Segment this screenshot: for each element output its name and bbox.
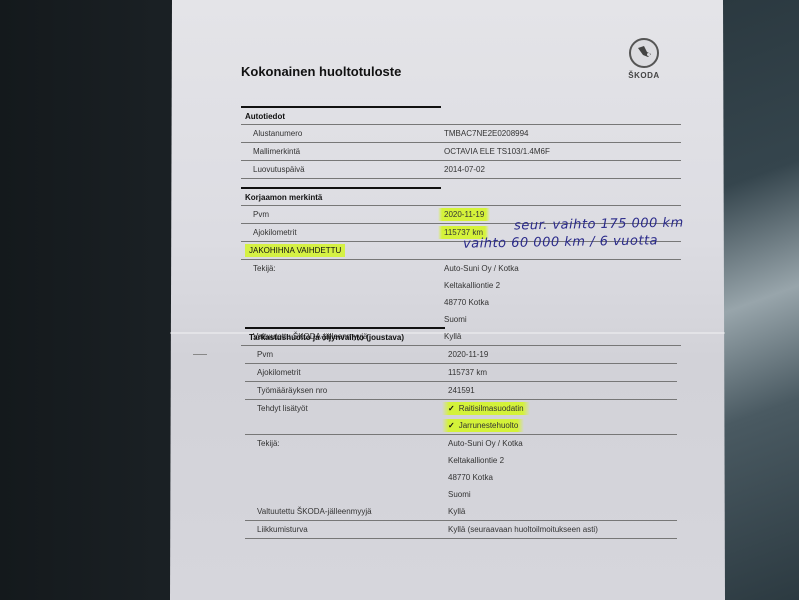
table-row: 48770 Kotka <box>245 469 677 486</box>
vehicle-info-section: Autotiedot Alustanumero TMBAC7NE2E020899… <box>241 106 681 179</box>
row-value: 48770 Kotka <box>441 298 681 307</box>
row-value: 2014-07-02 <box>441 165 681 174</box>
document-title: Kokonainen huoltotuloste <box>241 64 401 79</box>
row-value: 241591 <box>445 386 677 395</box>
row-label: Pvm <box>241 210 441 219</box>
fold-mark <box>193 354 207 355</box>
row-value: 2020-11-19 <box>445 350 677 359</box>
highlighted-date: 2020-11-19 <box>438 208 490 221</box>
table-row: Mallimerkintä OCTAVIA ELE TS103/1.4M6F <box>241 142 681 160</box>
section-heading: Korjaamon merkintä <box>241 189 681 205</box>
row-label: Liikkumisturva <box>245 525 445 534</box>
checkmark-icon: ✓ <box>448 404 455 413</box>
row-value: OCTAVIA ELE TS103/1.4M6F <box>441 147 681 156</box>
table-row: ✓Jarrunestehuolto <box>245 417 677 434</box>
row-label: Tekijä: <box>241 264 441 273</box>
table-row: Työmääräyksen nro 241591 <box>245 381 677 399</box>
row-value: Keltakalliontie 2 <box>445 456 677 465</box>
table-row: Liikkumisturva Kyllä (seuraavaan huoltoi… <box>245 520 677 539</box>
table-row: Keltakalliontie 2 <box>241 277 681 294</box>
row-label: Luovutuspäivä <box>241 165 441 174</box>
row-label: Ajokilometrit <box>245 368 445 377</box>
row-label: Mallimerkintä <box>241 147 441 156</box>
row-value: 115737 km <box>445 368 677 377</box>
table-row: Alustanumero TMBAC7NE2E0208994 <box>241 124 681 142</box>
timing-belt-note: JAKOHIHNA VAIHDETTU <box>245 244 345 257</box>
row-label: Tehdyt lisätyöt <box>245 404 445 413</box>
table-row: Suomi <box>245 486 677 503</box>
table-row: 48770 Kotka <box>241 294 681 311</box>
row-value: Auto-Suni Oy / Kotka <box>441 264 681 273</box>
row-label: Ajokilometrit <box>241 228 441 237</box>
skoda-arrow-logo-icon <box>629 38 659 68</box>
workshop-entry-section: Korjaamon merkintä Pvm 2020-11-19 Ajokil… <box>241 187 681 346</box>
brand-logo: ŠKODA <box>625 38 663 80</box>
row-label: Valtuutettu ŠKODA-jälleenmyyjä <box>245 507 445 516</box>
table-row: Ajokilometrit 115737 km <box>245 363 677 381</box>
table-row: Tekijä: Auto-Suni Oy / Kotka <box>241 259 681 277</box>
row-label: Pvm <box>245 350 445 359</box>
row-value: Suomi <box>441 315 681 324</box>
table-row: Valtuutettu ŠKODA-jälleenmyyjä Kyllä <box>245 503 677 520</box>
row-label: Tekijä: <box>245 439 445 448</box>
extra-work-item: ✓Jarrunestehuolto <box>442 419 524 432</box>
row-value: TMBAC7NE2E0208994 <box>441 129 681 138</box>
inspection-service-section: Tarkastushuolto ja öljynvaihto (joustava… <box>245 327 677 539</box>
row-label: Työmääräyksen nro <box>245 386 445 395</box>
table-row: Luovutuspäivä 2014-07-02 <box>241 160 681 179</box>
row-value: Auto-Suni Oy / Kotka <box>445 439 677 448</box>
row-label: Alustanumero <box>241 129 441 138</box>
table-row: Keltakalliontie 2 <box>245 452 677 469</box>
row-value: 48770 Kotka <box>445 473 677 482</box>
row-value: Keltakalliontie 2 <box>441 281 681 290</box>
table-row: Suomi <box>241 311 681 328</box>
brand-name: ŠKODA <box>625 71 663 80</box>
handwritten-next-change: seur. vaihto 175 000 km <box>514 216 684 234</box>
row-value: Suomi <box>445 490 677 499</box>
table-row: Tehdyt lisätyöt ✓Raitisilmasuodatin <box>245 399 677 417</box>
checkmark-icon: ✓ <box>448 421 455 430</box>
section-heading: Autotiedot <box>241 108 681 124</box>
row-value: Kyllä <box>445 507 677 516</box>
background-right <box>720 0 799 600</box>
table-row: Pvm 2020-11-19 <box>245 345 677 363</box>
row-value: Kyllä (seuraavaan huoltoilmoitukseen ast… <box>445 525 677 534</box>
table-row: Tekijä: Auto-Suni Oy / Kotka <box>245 434 677 452</box>
section-heading: Tarkastushuolto ja öljynvaihto (joustava… <box>245 329 677 345</box>
extra-work-item: ✓Raitisilmasuodatin <box>442 402 530 415</box>
